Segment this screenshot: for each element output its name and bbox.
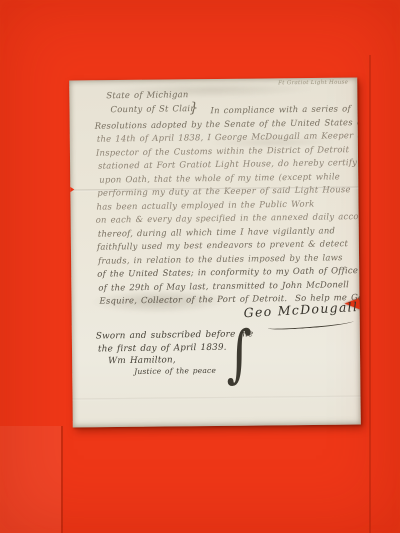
county-brace-glyph: }	[189, 100, 198, 116]
manuscript-line: of the United States; in conformity to m…	[97, 266, 358, 280]
backdrop-fold-line	[61, 426, 63, 533]
pencil-annotation: Ft Gratiot Light House	[278, 80, 348, 87]
manuscript-line: the 14th of April 1838, I George McDouga…	[97, 131, 361, 145]
manuscript-paper: Ft Gratiot Light House State of Michigan…	[69, 78, 361, 428]
manuscript-line: Inspector of the Customs within the Dist…	[96, 145, 349, 159]
manuscript-line: faithfully used my best endeavors to pre…	[97, 239, 348, 253]
manuscript-line: of the 29th of May last, transmitted to …	[98, 280, 349, 293]
attestation-line: Wm Hamilton,	[108, 355, 176, 366]
manuscript-line: stationed at Fort Gratiot Light House, d…	[98, 158, 357, 172]
fold-crease	[73, 395, 361, 400]
signature-flourish	[268, 318, 354, 330]
paper-edge-nick	[69, 185, 74, 193]
manuscript-line: frauds, in relation to the duties impose…	[98, 253, 343, 266]
manuscript-line: has been actually employed in the Public…	[96, 200, 314, 213]
manuscript-line: County of St Clair	[110, 104, 194, 115]
attestation-line: the first day of April 1839.	[98, 343, 227, 355]
photo-backdrop: Ft Gratiot Light House State of Michigan…	[0, 0, 400, 533]
notary-brace-glyph: ∫	[226, 323, 252, 385]
manuscript-line: thereof, during all which time I have vi…	[98, 226, 335, 239]
manuscript-line: performing my duty at the Keeper of said…	[97, 185, 350, 199]
manuscript-line: State of Michigan	[106, 90, 188, 101]
manuscript-line: In compliance with a series of	[210, 104, 350, 116]
manuscript-line: upon Oath, that the whole of my time (ex…	[99, 172, 340, 185]
backdrop-highlight-strip	[0, 426, 61, 533]
backdrop-crease-line	[369, 55, 371, 533]
attestation-line: Justice of the peace	[134, 366, 216, 376]
manuscript-line: on each & every day specified in the ann…	[96, 212, 361, 226]
manuscript-line: Resolutions adopted by the Senate of the…	[95, 118, 361, 132]
